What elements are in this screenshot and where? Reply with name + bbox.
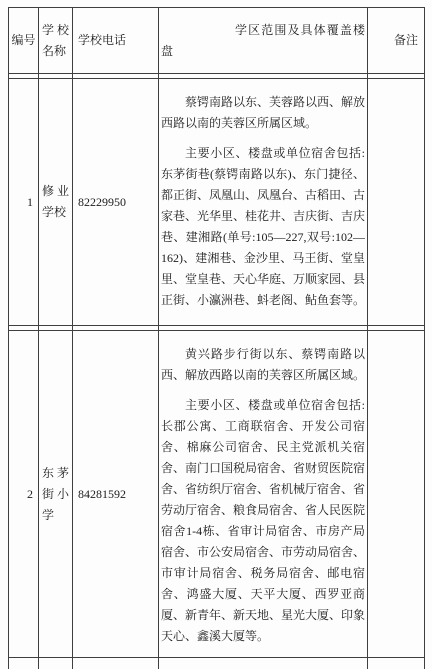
column-header-no: 编号: [9, 8, 39, 74]
school-name-text: 修业学校: [42, 181, 69, 223]
next-row-stub: [9, 658, 425, 669]
cell-no: 2: [9, 331, 39, 658]
cell-school-phone: 82229950: [73, 79, 159, 326]
school-name-text: 东茅街小学: [42, 463, 69, 526]
column-header-school-name: 学校名称: [39, 8, 73, 74]
cell-school-name: 东茅街小学: [39, 331, 73, 658]
table-header-row: 编号 学校名称 学校电话 学区范围及具体覆盖楼盘 备注: [9, 8, 425, 74]
cell-remark: [368, 79, 425, 326]
cell-district: 黄兴路步行街以东、蔡锷南路以西、解放西路以南的芙蓉区所属区域。 主要小区、楼盘或…: [159, 331, 368, 658]
district-text-block: 蔡锷南路以东、芙蓉路以西、解放西路以南的芙蓉区所属区域。 主要小区、楼盘或单位宿…: [161, 92, 365, 325]
cell-school-name: 修业学校: [39, 79, 73, 326]
school-district-table: 编号 学校名称 学校电话 学区范围及具体覆盖楼盘 备注 1: [8, 7, 425, 669]
district-detail: 主要小区、楼盘或单位宿舍包括:长郡公寓、工商联宿舍、开发公司宿舍、棉麻公司宿舍、…: [161, 395, 365, 647]
column-header-district-text: 学区范围及具体覆盖楼盘: [161, 20, 365, 62]
column-header-remark: 备注: [368, 8, 425, 74]
column-header-school-phone: 学校电话: [73, 8, 159, 74]
grid-gap-cell: [9, 658, 39, 669]
column-header-district: 学区范围及具体覆盖楼盘: [159, 8, 368, 74]
district-detail: 主要小区、楼盘或单位宿舍包括:东茅街巷(蔡锷南路以东)、东门捷径、都正街、凤凰山…: [161, 143, 365, 311]
district-summary: 蔡锷南路以东、芙蓉路以西、解放西路以南的芙蓉区所属区域。: [161, 92, 365, 134]
district-summary: 黄兴路步行街以东、蔡锷南路以西、解放西路以南的芙蓉区所属区域。: [161, 344, 365, 386]
cell-remark: [368, 331, 425, 658]
table-row-1: 1 修业学校 82229950 蔡锷南路以东、芙蓉路以西、解放西路以南的芙蓉区所…: [9, 79, 425, 326]
grid-gap-cell: [368, 658, 425, 669]
table-row-2: 2 东茅街小学 84281592 黄兴路步行街以东、蔡锷南路以西、解放西路以南的…: [9, 331, 425, 658]
document-page: 编号 学校名称 学校电话 学区范围及具体覆盖楼盘 备注 1: [8, 7, 425, 669]
grid-gap-cell: [73, 658, 159, 669]
cell-no: 1: [9, 79, 39, 326]
cell-district: 蔡锷南路以东、芙蓉路以西、解放西路以南的芙蓉区所属区域。 主要小区、楼盘或单位宿…: [159, 79, 368, 326]
grid-gap-cell: [39, 658, 73, 669]
column-header-school-name-text: 学校名称: [42, 20, 69, 62]
cell-school-phone: 84281592: [73, 331, 159, 658]
district-text-block: 黄兴路步行街以东、蔡锷南路以西、解放西路以南的芙蓉区所属区域。 主要小区、楼盘或…: [161, 344, 365, 657]
grid-gap-cell: [159, 658, 368, 669]
